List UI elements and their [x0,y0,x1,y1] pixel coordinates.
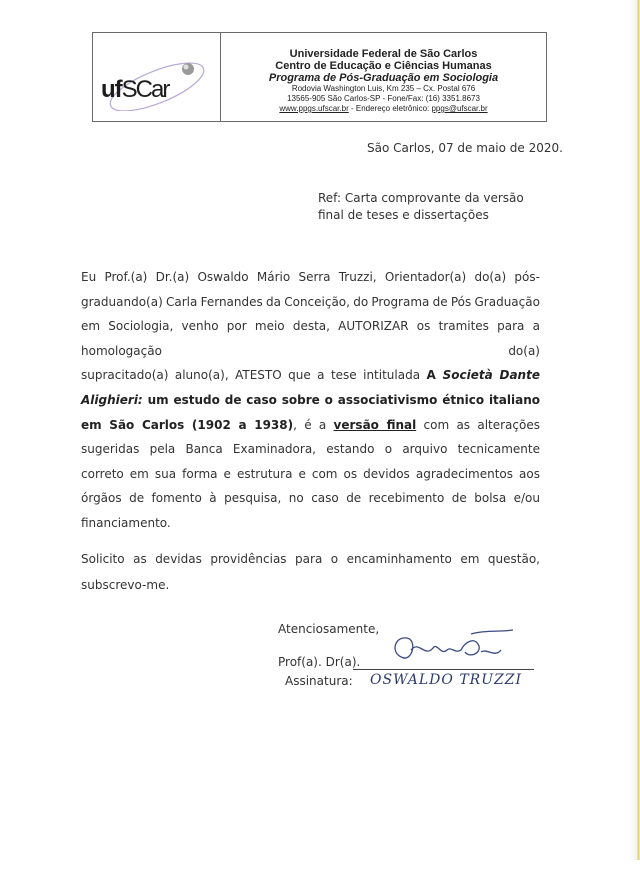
word: graduando(a) [81,290,163,315]
word: desta, [293,314,330,339]
word: Oswaldo [197,265,248,290]
main-paragraph: EuProf.(a)Dr.(a)OswaldoMárioSerraTruzzi,… [81,265,540,536]
word: Programa [371,290,429,315]
paragraph-line-3: emSociologia,venhopormeiodesta,AUTORIZAR… [81,314,540,339]
email-link[interactable]: ppgs@ufscar.br [431,104,487,113]
signature-label: Assinatura: [285,674,353,688]
word: a [533,314,540,339]
word: Pós [451,290,471,315]
scan-page-edge [630,0,640,876]
request-paragraph: Solicito as devidas providências para o … [81,546,540,598]
thesis-title-article: A [427,368,443,382]
word: para [497,314,524,339]
handwritten-signature-icon [385,628,515,668]
center-name: Centro de Educação e Ciências Humanas [221,60,546,72]
word: Mário [257,265,290,290]
scan-page-edge-bottom [630,860,640,876]
word: Truzzi, [339,265,377,290]
word: os [417,314,431,339]
word: Dr.(a) [156,265,190,290]
word: Graduação [475,290,540,315]
closing: Atenciosamente, [278,622,379,636]
address: Rodovia Washington Luis, Km 235 – Cx. Po… [221,84,546,94]
word: pós- [514,265,540,290]
email-label: - Endereço eletrônico: [349,104,432,113]
word-homologacao: homologação [81,339,162,364]
word: Carla [166,290,197,315]
word: Conceição, [284,290,350,315]
word: Sociologia, [108,314,173,339]
word: do(a) [474,265,506,290]
handwritten-name: OSWALDO TRUZZI [370,672,522,688]
paragraph-continuation: supracitado(a) aluno(a), ATESTO que a te… [81,363,540,535]
logo-text-scar: SCar [122,76,169,103]
text-remainder: com as alterações sugeridas pela Banca E… [81,418,540,530]
word: por [227,314,247,339]
word: de [433,290,448,315]
logo-text-uf: uf [101,76,122,103]
final-version-emphasis: versão final [334,418,417,432]
word: AUTORIZAR [338,314,408,339]
word: tramites [439,314,489,339]
word: Eu [81,265,96,290]
word: meio [255,314,285,339]
signature-line [353,669,534,670]
word-do-a: do(a) [508,339,540,364]
city-phone: 13565-905 São Carlos-SP - Fone/Fax: (16)… [221,94,546,104]
university-name: Universidade Federal de São Carlos [221,48,546,60]
word: da [266,290,281,315]
paragraph-line-4: homologação do(a) [81,339,540,364]
word: Prof.(a) [104,265,147,290]
contact-line: www.ppgs.ufscar.br - Endereço eletrônico… [221,104,546,114]
text-e-a: , é a [293,418,333,432]
reference-line: Ref: Carta comprovante da versão final d… [318,190,542,224]
text-supracitado: supracitado(a) aluno(a), ATESTO que a te… [81,368,427,382]
date-line: São Carlos, 07 de maio de 2020. [367,141,563,155]
institution-info: Universidade Federal de São Carlos Centr… [221,33,546,121]
word: Serra [298,265,330,290]
website-link[interactable]: www.ppgs.ufscar.br [279,104,348,113]
paragraph-line-2: graduando(a)CarlaFernandesdaConceição,do… [81,290,540,315]
logo-wordmark: ufSCar [101,76,168,104]
professor-title-label: Prof(a). Dr(a). [278,655,360,669]
word: venho [182,314,219,339]
word: Fernandes [201,290,263,315]
word: em [81,314,100,339]
word: do [353,290,368,315]
word: Orientador(a) [385,265,466,290]
paragraph-line-1: EuProf.(a)Dr.(a)OswaldoMárioSerraTruzzi,… [81,265,540,290]
program-name: Programa de Pós-Graduação em Sociologia [221,72,546,84]
ufscar-logo: ufSCar [93,33,221,121]
letterhead: ufSCar Universidade Federal de São Carlo… [92,32,547,122]
